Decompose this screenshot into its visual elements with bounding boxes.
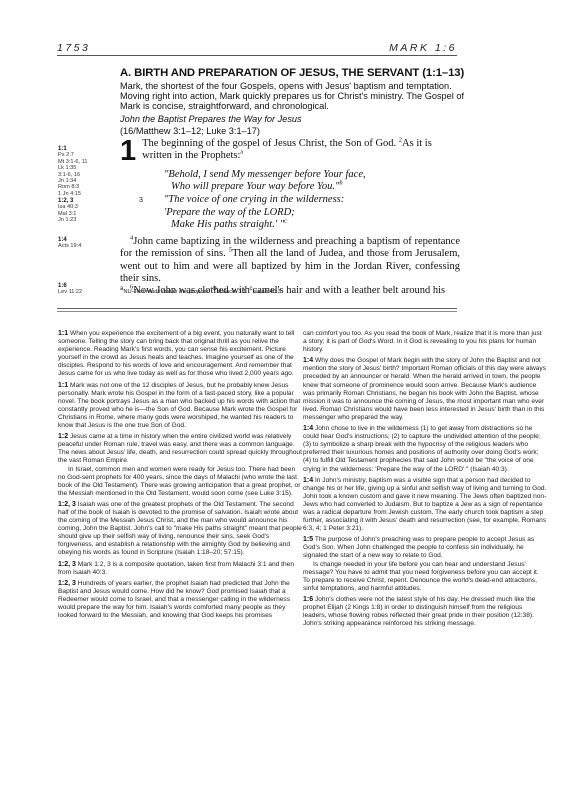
footnote-marker[interactable]: c [284, 219, 287, 225]
header-rule [57, 55, 457, 56]
study-note: 1:4 Why does the Gospel of Mark begin wi… [303, 357, 547, 422]
study-note: 1:1 Mark was not one of the 12 disciples… [58, 382, 302, 431]
note-ref: 1:2, 3 [58, 580, 76, 587]
note-text: Isaiah was one of the greatest prophets … [58, 501, 302, 557]
note-text: Jesus came at a time in history when the… [58, 433, 302, 464]
note-ref: 1:4 [303, 425, 313, 432]
xref[interactable]: Ps 2:7 [58, 152, 74, 158]
note-text: John's clothes were not the latest style… [303, 596, 535, 627]
running-head: MARK 1:6 [389, 42, 457, 54]
scripture-text: 1 The beginning of the gospel of Jesus C… [120, 138, 460, 298]
verse-1: The beginning of the gospel of Jesus Chr… [142, 138, 396, 149]
study-note: 1:1 When you experience the excitement o… [58, 330, 302, 379]
xref-verse: 1:2, 3 [58, 198, 73, 204]
pericope-heading: John the Baptist Prepares the Way for Je… [120, 114, 465, 125]
note-text: In Israel, common men and women were rea… [58, 466, 300, 497]
poetry-line: "The voice of one crying in the wilderne… [164, 194, 344, 205]
xref-verse: 1:4 [58, 237, 67, 243]
poetry-quote-malachi: "Behold, I send My messenger before Your… [164, 169, 460, 232]
note-ref: 1:6 [303, 596, 313, 603]
study-notes-right: can comfort you too. As you read the boo… [303, 330, 547, 631]
note-ref: 1:4 [303, 477, 313, 484]
study-note: 1:5 The purpose of John's preaching was … [303, 536, 547, 560]
note-text: John chose to live in the wilderness (1)… [303, 425, 541, 472]
notes-divider-bottom [57, 311, 457, 312]
poetry-line: Who will prepare Your way before You." [171, 181, 339, 192]
note-text: Is change needed in your life before you… [303, 561, 539, 592]
note-ref: 1:2, 3 [58, 561, 76, 568]
study-note-continued: In Israel, common men and women were rea… [58, 466, 302, 498]
verse-4-5: 4John came baptizing in the wilderness a… [120, 236, 460, 286]
cross-reference-1-4: 1:4 Acts 19:4 [58, 237, 118, 250]
section-intro: Mark, the shortest of the four Gospels, … [120, 81, 465, 112]
note-ref: 1:2 [58, 433, 68, 440]
study-note: 1:2, 3 Isaiah was one of the greatest pr… [58, 501, 302, 558]
xref[interactable]: Acts 19:4 [58, 243, 81, 249]
poetry-line: 'Prepare the way of the LORD; [164, 207, 460, 219]
footnote-text: Isaiah 40:3 [253, 289, 281, 295]
cross-reference-1-2: 1:2, 3 Isa 40:3 Mal 3:1 Jn 1:23 [58, 198, 118, 224]
study-note-continued: Is change needed in your life before you… [303, 561, 547, 593]
xref[interactable]: Jn 1:23 [58, 217, 76, 223]
verse-1-2: 1 The beginning of the gospel of Jesus C… [120, 138, 460, 163]
footnote-text: NU-Text reads [123, 289, 160, 295]
study-note: 1:4 John chose to live in the wilderness… [303, 425, 547, 474]
note-ref: 1:5 [303, 536, 313, 543]
xref[interactable]: Mt 3:1-6, 11 [58, 159, 87, 165]
xref[interactable]: Rom 8:3 [58, 184, 79, 190]
note-text: Mark 1:2, 3 is a composite quotation, ta… [58, 561, 294, 576]
xref[interactable]: Jn 1:34 [58, 178, 76, 184]
study-notes-left: 1:1 When you experience the excitement o… [58, 330, 302, 623]
xref-verse: 1:6 [58, 283, 67, 289]
note-text: In John's ministry, baptism was a visibl… [303, 477, 546, 533]
xref[interactable]: 1 Jn 4:15 [58, 191, 81, 197]
chapter-number: 1 [120, 139, 136, 164]
bible-page: 1753 MARK 1:6 A. BIRTH AND PREPARATION O… [0, 0, 565, 800]
study-note: 1:6 John's clothes were not the latest s… [303, 596, 547, 628]
footnote-italic: Isaiah the prophet. [162, 289, 210, 295]
poetry-line: Make His paths straight.' " [171, 219, 284, 230]
note-ref: 1:1 [58, 330, 68, 337]
note-text: When you experience the excitement of a … [58, 330, 294, 377]
xref[interactable]: 3:1-6, 16 [58, 172, 80, 178]
notes-divider-top [57, 308, 457, 309]
study-note-continued: can comfort you too. As you read the boo… [303, 330, 547, 354]
note-text: Hundreds of years earlier, the prophet I… [58, 580, 290, 619]
note-text: The purpose of John's preaching was to p… [303, 536, 534, 559]
study-note: 1:4 In John's ministry, baptism was a vi… [303, 477, 547, 534]
footnote-marker[interactable]: b [339, 181, 342, 187]
section-heading-block: A. BIRTH AND PREPARATION OF JESUS, THE S… [120, 66, 465, 137]
note-text: Why does the Gospel of Mark begin with t… [303, 357, 546, 421]
xref-verse: 1:1 [58, 146, 67, 152]
cross-reference-1-6: 1:6 Lev 11:22 [58, 283, 118, 296]
xref[interactable]: Mal 3:1 [58, 211, 76, 217]
note-ref: 1:1 [58, 382, 68, 389]
note-text: Mark was not one of the 12 disciples of … [58, 382, 300, 429]
study-note: 1:2 Jesus came at a time in history when… [58, 433, 302, 465]
study-note: 1:2, 3 Mark 1:2, 3 is a composite quotat… [58, 561, 302, 577]
note-ref: 1:2, 3 [58, 501, 76, 508]
xref[interactable]: Lk 1:35 [58, 165, 76, 171]
cross-reference-1-1: 1:1 Ps 2:7 Mt 3:1-6, 11 Lk 1:35 3:1-6, 1… [58, 146, 118, 197]
note-text: can comfort you too. As you read the boo… [303, 330, 542, 353]
section-title: A. BIRTH AND PREPARATION OF JESUS, THE S… [120, 66, 465, 80]
poetry-line: "Behold, I send My messenger before Your… [164, 169, 460, 181]
note-ref: 1:4 [303, 357, 313, 364]
study-note: 1:2, 3 Hundreds of years earlier, the pr… [58, 580, 302, 620]
footnote-marker[interactable]: a [240, 150, 243, 156]
footnotes: aNU-Text reads Isaiah the prophet. bMala… [120, 289, 460, 295]
xref[interactable]: Isa 40:3 [58, 204, 78, 210]
parallel-reference: (16/Matthew 3:1–12; Luke 3:1–17) [120, 126, 465, 137]
footnote-text: Malachi 3:1 [217, 289, 247, 295]
xref[interactable]: Lev 11:22 [58, 289, 82, 295]
